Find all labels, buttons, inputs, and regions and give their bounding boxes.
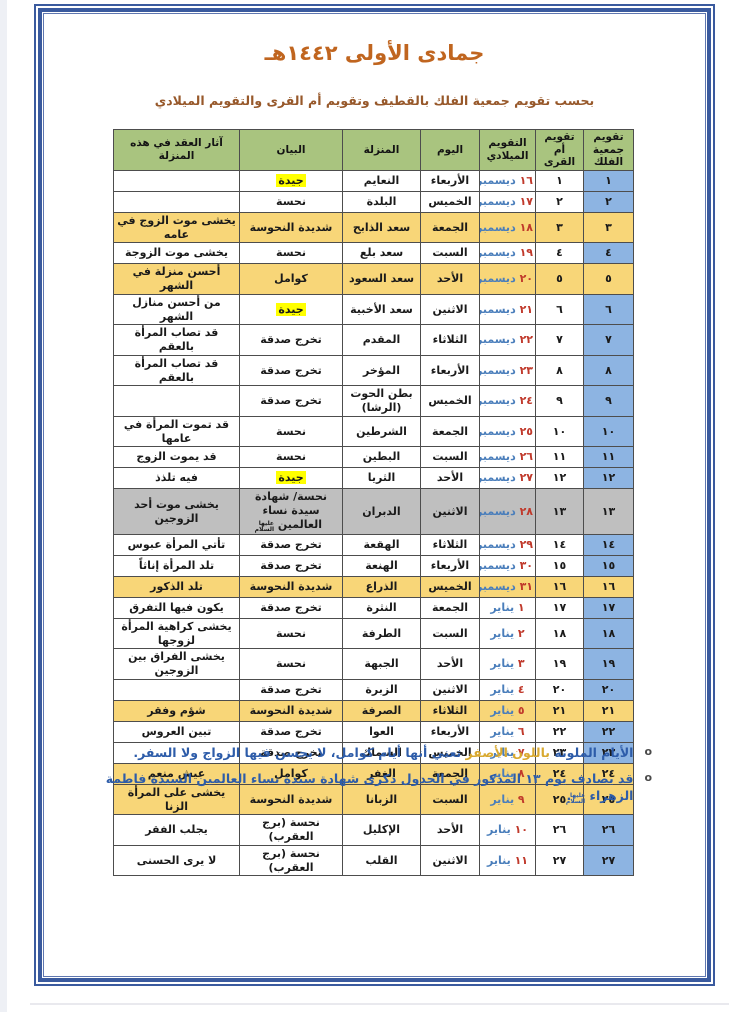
cell-gregorian-date: ٢١ ديسمبر — [480, 294, 536, 325]
cell-bayan: نحسة (برج العقرب) — [240, 815, 343, 846]
table-row: ٢١٢١٥ ينايرالثلاثاءالصرفةشديدة النحوسةشؤ… — [114, 700, 634, 721]
cell-gregorian-date: ٢٩ ديسمبر — [480, 534, 536, 555]
gregorian-day-number: ٣ — [518, 657, 525, 670]
note-yellow-phrase: باللون الأصفر — [466, 745, 551, 760]
cell-umm-qura-number: ٦ — [536, 294, 584, 325]
cell-weekday: الجمعة — [421, 597, 480, 618]
gregorian-day-number: ٢٥ — [520, 425, 533, 438]
table-row: ١٧١٧١ ينايرالجمعةالنثرةتخرج صدقةيكون فيه… — [114, 597, 634, 618]
gregorian-day-number: ٢٣ — [520, 364, 533, 377]
table-row: ٧٧٢٢ ديسمبرالثلاثاءالمقدمتخرج صدقةقد تصا… — [114, 325, 634, 356]
gregorian-day-number: ٦ — [518, 725, 525, 738]
cell-bayan: نحسة — [240, 649, 343, 680]
scan-bottom-artifact — [30, 1003, 729, 1005]
gregorian-month-name: ديسمبر — [480, 364, 516, 377]
gregorian-day-number: ٢٨ — [520, 505, 533, 518]
cell-umm-qura-number: ١٧ — [536, 597, 584, 618]
cell-contract-effects: يخشى موت الزوجة — [114, 243, 240, 264]
cell-weekday: الاثنين — [421, 679, 480, 700]
cell-bayan: نحسة — [240, 447, 343, 468]
gregorian-month-name: يناير — [490, 627, 514, 640]
cell-falak-number: ١١ — [584, 447, 634, 468]
cell-umm-qura-number: ٨ — [536, 355, 584, 386]
cell-weekday: الأحد — [421, 649, 480, 680]
gregorian-month-name: ديسمبر — [480, 246, 516, 259]
cell-falak-number: ٤ — [584, 243, 634, 264]
gregorian-month-name: ديسمبر — [480, 425, 516, 438]
cell-mansion: الزبرة — [343, 679, 421, 700]
cell-falak-number: ١٥ — [584, 555, 634, 576]
cell-weekday: السبت — [421, 243, 480, 264]
cell-bayan: تخرج صدقة — [240, 534, 343, 555]
cell-umm-qura-number: ٥ — [536, 264, 584, 295]
header-mansion: المنزلة — [343, 130, 421, 171]
cell-falak-number: ٣ — [584, 212, 634, 243]
cell-umm-qura-number: ٢٧ — [536, 845, 584, 876]
cell-contract-effects: تبين العروس — [114, 721, 240, 742]
cell-umm-qura-number: ١١ — [536, 447, 584, 468]
cell-falak-number: ٢٠ — [584, 679, 634, 700]
cell-falak-number: ٢٢ — [584, 721, 634, 742]
cell-weekday: الثلاثاء — [421, 534, 480, 555]
cell-falak-number: ٥ — [584, 264, 634, 295]
header-bayan: البيان — [240, 130, 343, 171]
page-subtitle: بحسب تقويم جمعية الفلك بالقطيف وتقويم أم… — [0, 93, 749, 108]
cell-mansion: النعايم — [343, 170, 421, 191]
cell-mansion: البطين — [343, 447, 421, 468]
scan-edge-artifact — [0, 0, 7, 1012]
gregorian-month-name: ديسمبر — [480, 333, 516, 346]
cell-contract-effects: أحسن منزلة في الشهر — [114, 264, 240, 295]
cell-mansion: الهنعة — [343, 555, 421, 576]
cell-bayan: شديدة النحوسة — [240, 212, 343, 243]
cell-gregorian-date: ٢٨ ديسمبر — [480, 489, 536, 535]
cell-contract-effects: تلد الذكور — [114, 576, 240, 597]
table-row: ١٤١٤٢٩ ديسمبرالثلاثاءالهقعةتخرج صدقةتأتي… — [114, 534, 634, 555]
cell-weekday: الثلاثاء — [421, 700, 480, 721]
cell-gregorian-date: ١٧ ديسمبر — [480, 191, 536, 212]
cell-weekday: الأحد — [421, 264, 480, 295]
cell-falak-number: ١٤ — [584, 534, 634, 555]
table-row: ١٨١٨٢ ينايرالسبتالطرفةنحسةيخشى كراهية ال… — [114, 618, 634, 649]
cell-weekday: الأربعاء — [421, 721, 480, 742]
cell-contract-effects: يجلب الفقر — [114, 815, 240, 846]
gregorian-month-name: ديسمبر — [480, 195, 516, 208]
cell-mansion: الهقعة — [343, 534, 421, 555]
cell-contract-effects: شؤم وفقر — [114, 700, 240, 721]
cell-weekday: الجمعة — [421, 416, 480, 447]
cell-gregorian-date: ١١ يناير — [480, 845, 536, 876]
gregorian-day-number: ٢٤ — [520, 394, 533, 407]
cell-contract-effects: يخشى موت الزوج في عامه — [114, 212, 240, 243]
gregorian-day-number: ٢٢ — [520, 333, 533, 346]
gregorian-month-name: يناير — [490, 683, 514, 696]
cell-weekday: السبت — [421, 447, 480, 468]
table-row: ٢٦٢٦١٠ ينايرالأحدالإكليلنحسة (برج العقرب… — [114, 815, 634, 846]
document-page: جمادى الأولى ١٤٤٢هـ بحسب تقويم جمعية الف… — [0, 0, 749, 1012]
header-weekday: اليوم — [421, 130, 480, 171]
cell-falak-number: ٧ — [584, 325, 634, 356]
cell-weekday: الأربعاء — [421, 355, 480, 386]
table-row: ٤٤١٩ ديسمبرالسبتسعد بلعنحسةيخشى موت الزو… — [114, 243, 634, 264]
table-row: ٢٠٢٠٤ ينايرالاثنينالزبرةتخرج صدقة — [114, 679, 634, 700]
gregorian-month-name: يناير — [487, 823, 511, 836]
gregorian-day-number: ١٧ — [520, 195, 533, 208]
table-row: ١١١٦ ديسمبرالأربعاءالنعايمجيدة — [114, 170, 634, 191]
note-text-body: قد يصادف يوم ١٣ المذكور في الجدول ذكرى ش… — [106, 771, 634, 804]
gregorian-day-number: ١ — [518, 601, 525, 614]
good-day-highlight: جيدة — [276, 174, 305, 187]
table-row: ٩٩٢٤ ديسمبرالخميسبطن الحوت (الرشا)تخرج ص… — [114, 386, 634, 417]
gregorian-month-name: ديسمبر — [480, 394, 516, 407]
cell-bayan: نحسة — [240, 191, 343, 212]
gregorian-day-number: ٢٧ — [520, 471, 533, 484]
table-row: ٨٨٢٣ ديسمبرالأربعاءالمؤخرتخرج صدقةقد تصا… — [114, 355, 634, 386]
note-bullet-icon: o — [644, 770, 652, 785]
cell-contract-effects: فيه تلذذ — [114, 468, 240, 489]
cell-mansion: الشرطين — [343, 416, 421, 447]
table-row: ١٠١٠٢٥ ديسمبرالجمعةالشرطيننحسةقد تموت ال… — [114, 416, 634, 447]
cell-umm-qura-number: ١٠ — [536, 416, 584, 447]
cell-weekday: الاثنين — [421, 489, 480, 535]
cell-weekday: الخميس — [421, 576, 480, 597]
cell-falak-number: ١ — [584, 170, 634, 191]
gregorian-day-number: ٥ — [518, 704, 525, 717]
table-row: ١١١١٢٦ ديسمبرالسبتالبطيننحسةقد يموت الزو… — [114, 447, 634, 468]
cell-umm-qura-number: ١٦ — [536, 576, 584, 597]
cell-contract-effects — [114, 679, 240, 700]
cell-mansion: القلب — [343, 845, 421, 876]
cell-mansion: العوا — [343, 721, 421, 742]
cell-contract-effects: يكون فيها التفرق — [114, 597, 240, 618]
cell-mansion: سعد الذابح — [343, 212, 421, 243]
cell-falak-number: ١٢ — [584, 468, 634, 489]
cell-contract-effects: يخشى كراهية المرأة لزوجها — [114, 618, 240, 649]
cell-mansion: بطن الحوت (الرشا) — [343, 386, 421, 417]
gregorian-month-name: ديسمبر — [480, 559, 516, 572]
cell-contract-effects: يخشى موت أحد الزوجين — [114, 489, 240, 535]
cell-umm-qura-number: ٢٦ — [536, 815, 584, 846]
cell-umm-qura-number: ٢٠ — [536, 679, 584, 700]
gregorian-day-number: ٣٠ — [520, 559, 533, 572]
cell-contract-effects: قد تموت المرأة في عامها — [114, 416, 240, 447]
cell-falak-number: ٦ — [584, 294, 634, 325]
gregorian-month-name: ديسمبر — [480, 505, 516, 518]
cell-umm-qura-number: ١٢ — [536, 468, 584, 489]
cell-contract-effects: يخشى الفراق بين الزوجين — [114, 649, 240, 680]
cell-bayan: تخرج صدقة — [240, 325, 343, 356]
table-row: ٢٧٢٧١١ ينايرالاثنينالقلبنحسة (برج العقرب… — [114, 845, 634, 876]
note-text-suffix: تعني أنها أيام كوامل، لا يحسن فيها الزوا… — [133, 745, 465, 760]
cell-weekday: الثلاثاء — [421, 325, 480, 356]
note-text-prefix: الأيام الملونة — [550, 745, 633, 760]
gregorian-day-number: ٢١ — [520, 303, 533, 316]
gregorian-month-name: ديسمبر — [480, 174, 516, 187]
cell-contract-effects: قد يموت الزوج — [114, 447, 240, 468]
cell-mansion: الإكليل — [343, 815, 421, 846]
gregorian-month-name: يناير — [490, 725, 514, 738]
gregorian-day-number: ١٠ — [515, 823, 528, 836]
cell-umm-qura-number: ٢١ — [536, 700, 584, 721]
gregorian-day-number: ٢٠ — [520, 272, 533, 285]
cell-mansion: الثريا — [343, 468, 421, 489]
cell-mansion: الدبران — [343, 489, 421, 535]
table-row: ١٢١٢٢٧ ديسمبرالأحدالثرياجيدةفيه تلذذ — [114, 468, 634, 489]
cell-umm-qura-number: ١٩ — [536, 649, 584, 680]
table-header-row: تقويم جمعية الفلك تقويم أم القرى التقويم… — [114, 130, 634, 171]
cell-weekday: الاثنين — [421, 845, 480, 876]
table-row: ٥٥٢٠ ديسمبرالأحدسعد السعودكواملأحسن منزل… — [114, 264, 634, 295]
header-gregorian-calendar: التقويم الميلادي — [480, 130, 536, 171]
cell-gregorian-date: ١٠ يناير — [480, 815, 536, 846]
cell-bayan: نحسة — [240, 618, 343, 649]
cell-contract-effects: قد تصاب المرأة بالعقم — [114, 325, 240, 356]
header-falak-calendar: تقويم جمعية الفلك — [584, 130, 634, 171]
cell-umm-qura-number: ١٥ — [536, 555, 584, 576]
cell-umm-qura-number: ١٤ — [536, 534, 584, 555]
cell-falak-number: ١٨ — [584, 618, 634, 649]
cell-weekday: الخميس — [421, 386, 480, 417]
cell-bayan: نحسة/ شهادة سيدة نساء العالمين عليها الس… — [240, 489, 343, 535]
cell-mansion: الجبهة — [343, 649, 421, 680]
gregorian-month-name: ديسمبر — [480, 272, 516, 285]
cell-gregorian-date: ٣ يناير — [480, 649, 536, 680]
note-bullet-icon: o — [644, 744, 652, 759]
cell-gregorian-date: ٥ يناير — [480, 700, 536, 721]
cell-umm-qura-number: ٩ — [536, 386, 584, 417]
cell-contract-effects: تلد المرأة إناثاً — [114, 555, 240, 576]
cell-falak-number: ٢١ — [584, 700, 634, 721]
cell-bayan: نحسة (برج العقرب) — [240, 845, 343, 876]
cell-bayan: تخرج صدقة — [240, 597, 343, 618]
gregorian-day-number: ٢ — [518, 627, 525, 640]
gregorian-month-name: ديسمبر — [480, 450, 516, 463]
gregorian-month-name: يناير — [490, 601, 514, 614]
gregorian-day-number: ١٦ — [520, 174, 533, 187]
cell-bayan: نحسة — [240, 416, 343, 447]
table-row: ٢٢١٧ ديسمبرالخميسالبلدةنحسة — [114, 191, 634, 212]
honorific-symbol: عليها السلام — [571, 793, 585, 805]
cell-weekday: الأربعاء — [421, 170, 480, 191]
cell-bayan: جيدة — [240, 468, 343, 489]
cell-gregorian-date: ١ يناير — [480, 597, 536, 618]
cell-gregorian-date: ٢ يناير — [480, 618, 536, 649]
cell-contract-effects — [114, 170, 240, 191]
cell-falak-number: ٩ — [584, 386, 634, 417]
cell-mansion: المؤخر — [343, 355, 421, 386]
cell-falak-number: ١٦ — [584, 576, 634, 597]
cell-falak-number: ١٠ — [584, 416, 634, 447]
cell-bayan: جيدة — [240, 170, 343, 191]
gregorian-day-number: ١٩ — [520, 246, 533, 259]
header-umm-qura-calendar: تقويم أم القرى — [536, 130, 584, 171]
cell-umm-qura-number: ١ — [536, 170, 584, 191]
cell-gregorian-date: ٤ يناير — [480, 679, 536, 700]
cell-mansion: سعد السعود — [343, 264, 421, 295]
cell-contract-effects: قد تصاب المرأة بالعقم — [114, 355, 240, 386]
cell-bayan: شديدة النحوسة — [240, 700, 343, 721]
gregorian-month-name: ديسمبر — [480, 471, 516, 484]
cell-falak-number: ١٧ — [584, 597, 634, 618]
cell-weekday: الجمعة — [421, 212, 480, 243]
cell-bayan: تخرج صدقة — [240, 355, 343, 386]
cell-umm-qura-number: ١٨ — [536, 618, 584, 649]
cell-mansion: سعد بلع — [343, 243, 421, 264]
note-text: الأيام الملونة باللون الأصفر تعني أنها أ… — [133, 744, 633, 762]
gregorian-month-name: ديسمبر — [480, 538, 516, 551]
notes: oالأيام الملونة باللون الأصفر تعني أنها … — [90, 744, 652, 813]
cell-umm-qura-number: ٣ — [536, 212, 584, 243]
cell-contract-effects — [114, 191, 240, 212]
cell-falak-number: ٨ — [584, 355, 634, 386]
cell-bayan: نحسة — [240, 243, 343, 264]
cell-weekday: الأربعاء — [421, 555, 480, 576]
cell-umm-qura-number: ٢ — [536, 191, 584, 212]
gregorian-month-name: ديسمبر — [480, 221, 516, 234]
note-line: oالأيام الملونة باللون الأصفر تعني أنها … — [90, 744, 652, 762]
cell-falak-number: ٢ — [584, 191, 634, 212]
gregorian-day-number: ٣١ — [520, 580, 533, 593]
cell-falak-number: ٢٧ — [584, 845, 634, 876]
cell-mansion: الصرفة — [343, 700, 421, 721]
gregorian-month-name: ديسمبر — [480, 303, 516, 316]
cell-bayan: تخرج صدقة — [240, 721, 343, 742]
cell-contract-effects: من أحسن منازل الشهر — [114, 294, 240, 325]
gregorian-month-name: يناير — [487, 854, 511, 867]
note-line: oقد يصادف يوم ١٣ المذكور في الجدول ذكرى … — [90, 770, 652, 806]
cell-umm-qura-number: ٤ — [536, 243, 584, 264]
gregorian-month-name: يناير — [490, 704, 514, 717]
cell-gregorian-date: ٢٥ ديسمبر — [480, 416, 536, 447]
cell-gregorian-date: ٢٠ ديسمبر — [480, 264, 536, 295]
cell-mansion: المقدم — [343, 325, 421, 356]
good-day-highlight: جيدة — [276, 303, 305, 316]
cell-contract-effects — [114, 386, 240, 417]
cell-weekday: الاثنين — [421, 294, 480, 325]
gregorian-month-name: يناير — [490, 657, 514, 670]
gregorian-day-number: ٢٩ — [520, 538, 533, 551]
cell-gregorian-date: ٢٧ ديسمبر — [480, 468, 536, 489]
table-row: ١٩١٩٣ ينايرالأحدالجبهةنحسةيخشى الفراق بي… — [114, 649, 634, 680]
table-row: ١٥١٥٣٠ ديسمبرالأربعاءالهنعةتخرج صدقةتلد … — [114, 555, 634, 576]
table-row: ١٦١٦٣١ ديسمبرالخميسالذراعشديدة النحوسةتل… — [114, 576, 634, 597]
cell-mansion: الذراع — [343, 576, 421, 597]
cell-bayan: تخرج صدقة — [240, 555, 343, 576]
cell-contract-effects: تأتي المرأة عبوس — [114, 534, 240, 555]
good-day-highlight: جيدة — [276, 471, 305, 484]
cell-weekday: السبت — [421, 618, 480, 649]
table-row: ١٣١٣٢٨ ديسمبرالاثنينالدبراننحسة/ شهادة س… — [114, 489, 634, 535]
cell-umm-qura-number: ٧ — [536, 325, 584, 356]
gregorian-month-name: ديسمبر — [480, 580, 516, 593]
cell-mansion: الطرفة — [343, 618, 421, 649]
cell-contract-effects: لا يرى الحسنى — [114, 845, 240, 876]
cell-gregorian-date: ٢٣ ديسمبر — [480, 355, 536, 386]
cell-gregorian-date: ١٦ ديسمبر — [480, 170, 536, 191]
cell-gregorian-date: ١٨ ديسمبر — [480, 212, 536, 243]
gregorian-day-number: ٤ — [518, 683, 525, 696]
cell-mansion: سعد الأخبية — [343, 294, 421, 325]
table-row: ٣٣١٨ ديسمبرالجمعةسعد الذابحشديدة النحوسة… — [114, 212, 634, 243]
cell-gregorian-date: ٢٤ ديسمبر — [480, 386, 536, 417]
gregorian-day-number: ١٨ — [520, 221, 533, 234]
cell-gregorian-date: ٣١ ديسمبر — [480, 576, 536, 597]
gregorian-day-number: ١١ — [515, 854, 528, 867]
cell-weekday: الأحد — [421, 815, 480, 846]
cell-gregorian-date: ٢٢ ديسمبر — [480, 325, 536, 356]
cell-weekday: الخميس — [421, 191, 480, 212]
cell-gregorian-date: ٢٦ ديسمبر — [480, 447, 536, 468]
honorific-symbol: عليها السلام — [260, 521, 274, 533]
cell-gregorian-date: ١٩ ديسمبر — [480, 243, 536, 264]
cell-mansion: النثرة — [343, 597, 421, 618]
cell-falak-number: ٢٦ — [584, 815, 634, 846]
cell-umm-qura-number: ٢٢ — [536, 721, 584, 742]
cell-bayan: شديدة النحوسة — [240, 576, 343, 597]
header-contract-effects: آثار العقد في هذه المنزلة — [114, 130, 240, 171]
cell-gregorian-date: ٦ يناير — [480, 721, 536, 742]
cell-weekday: الأحد — [421, 468, 480, 489]
cell-bayan: جيدة — [240, 294, 343, 325]
cell-falak-number: ١٩ — [584, 649, 634, 680]
table-row: ٢٢٢٢٦ ينايرالأربعاءالعواتخرج صدقةتبين ال… — [114, 721, 634, 742]
cell-bayan: تخرج صدقة — [240, 679, 343, 700]
note-text: قد يصادف يوم ١٣ المذكور في الجدول ذكرى ش… — [90, 770, 633, 806]
cell-mansion: البلدة — [343, 191, 421, 212]
gregorian-day-number: ٢٦ — [520, 450, 533, 463]
page-title: جمادى الأولى ١٤٤٢هـ — [0, 41, 749, 65]
cell-falak-number: ١٣ — [584, 489, 634, 535]
cell-umm-qura-number: ١٣ — [536, 489, 584, 535]
cell-bayan: تخرج صدقة — [240, 386, 343, 417]
cell-bayan: كوامل — [240, 264, 343, 295]
cell-gregorian-date: ٣٠ ديسمبر — [480, 555, 536, 576]
table-row: ٦٦٢١ ديسمبرالاثنينسعد الأخبيةجيدةمن أحسن… — [114, 294, 634, 325]
